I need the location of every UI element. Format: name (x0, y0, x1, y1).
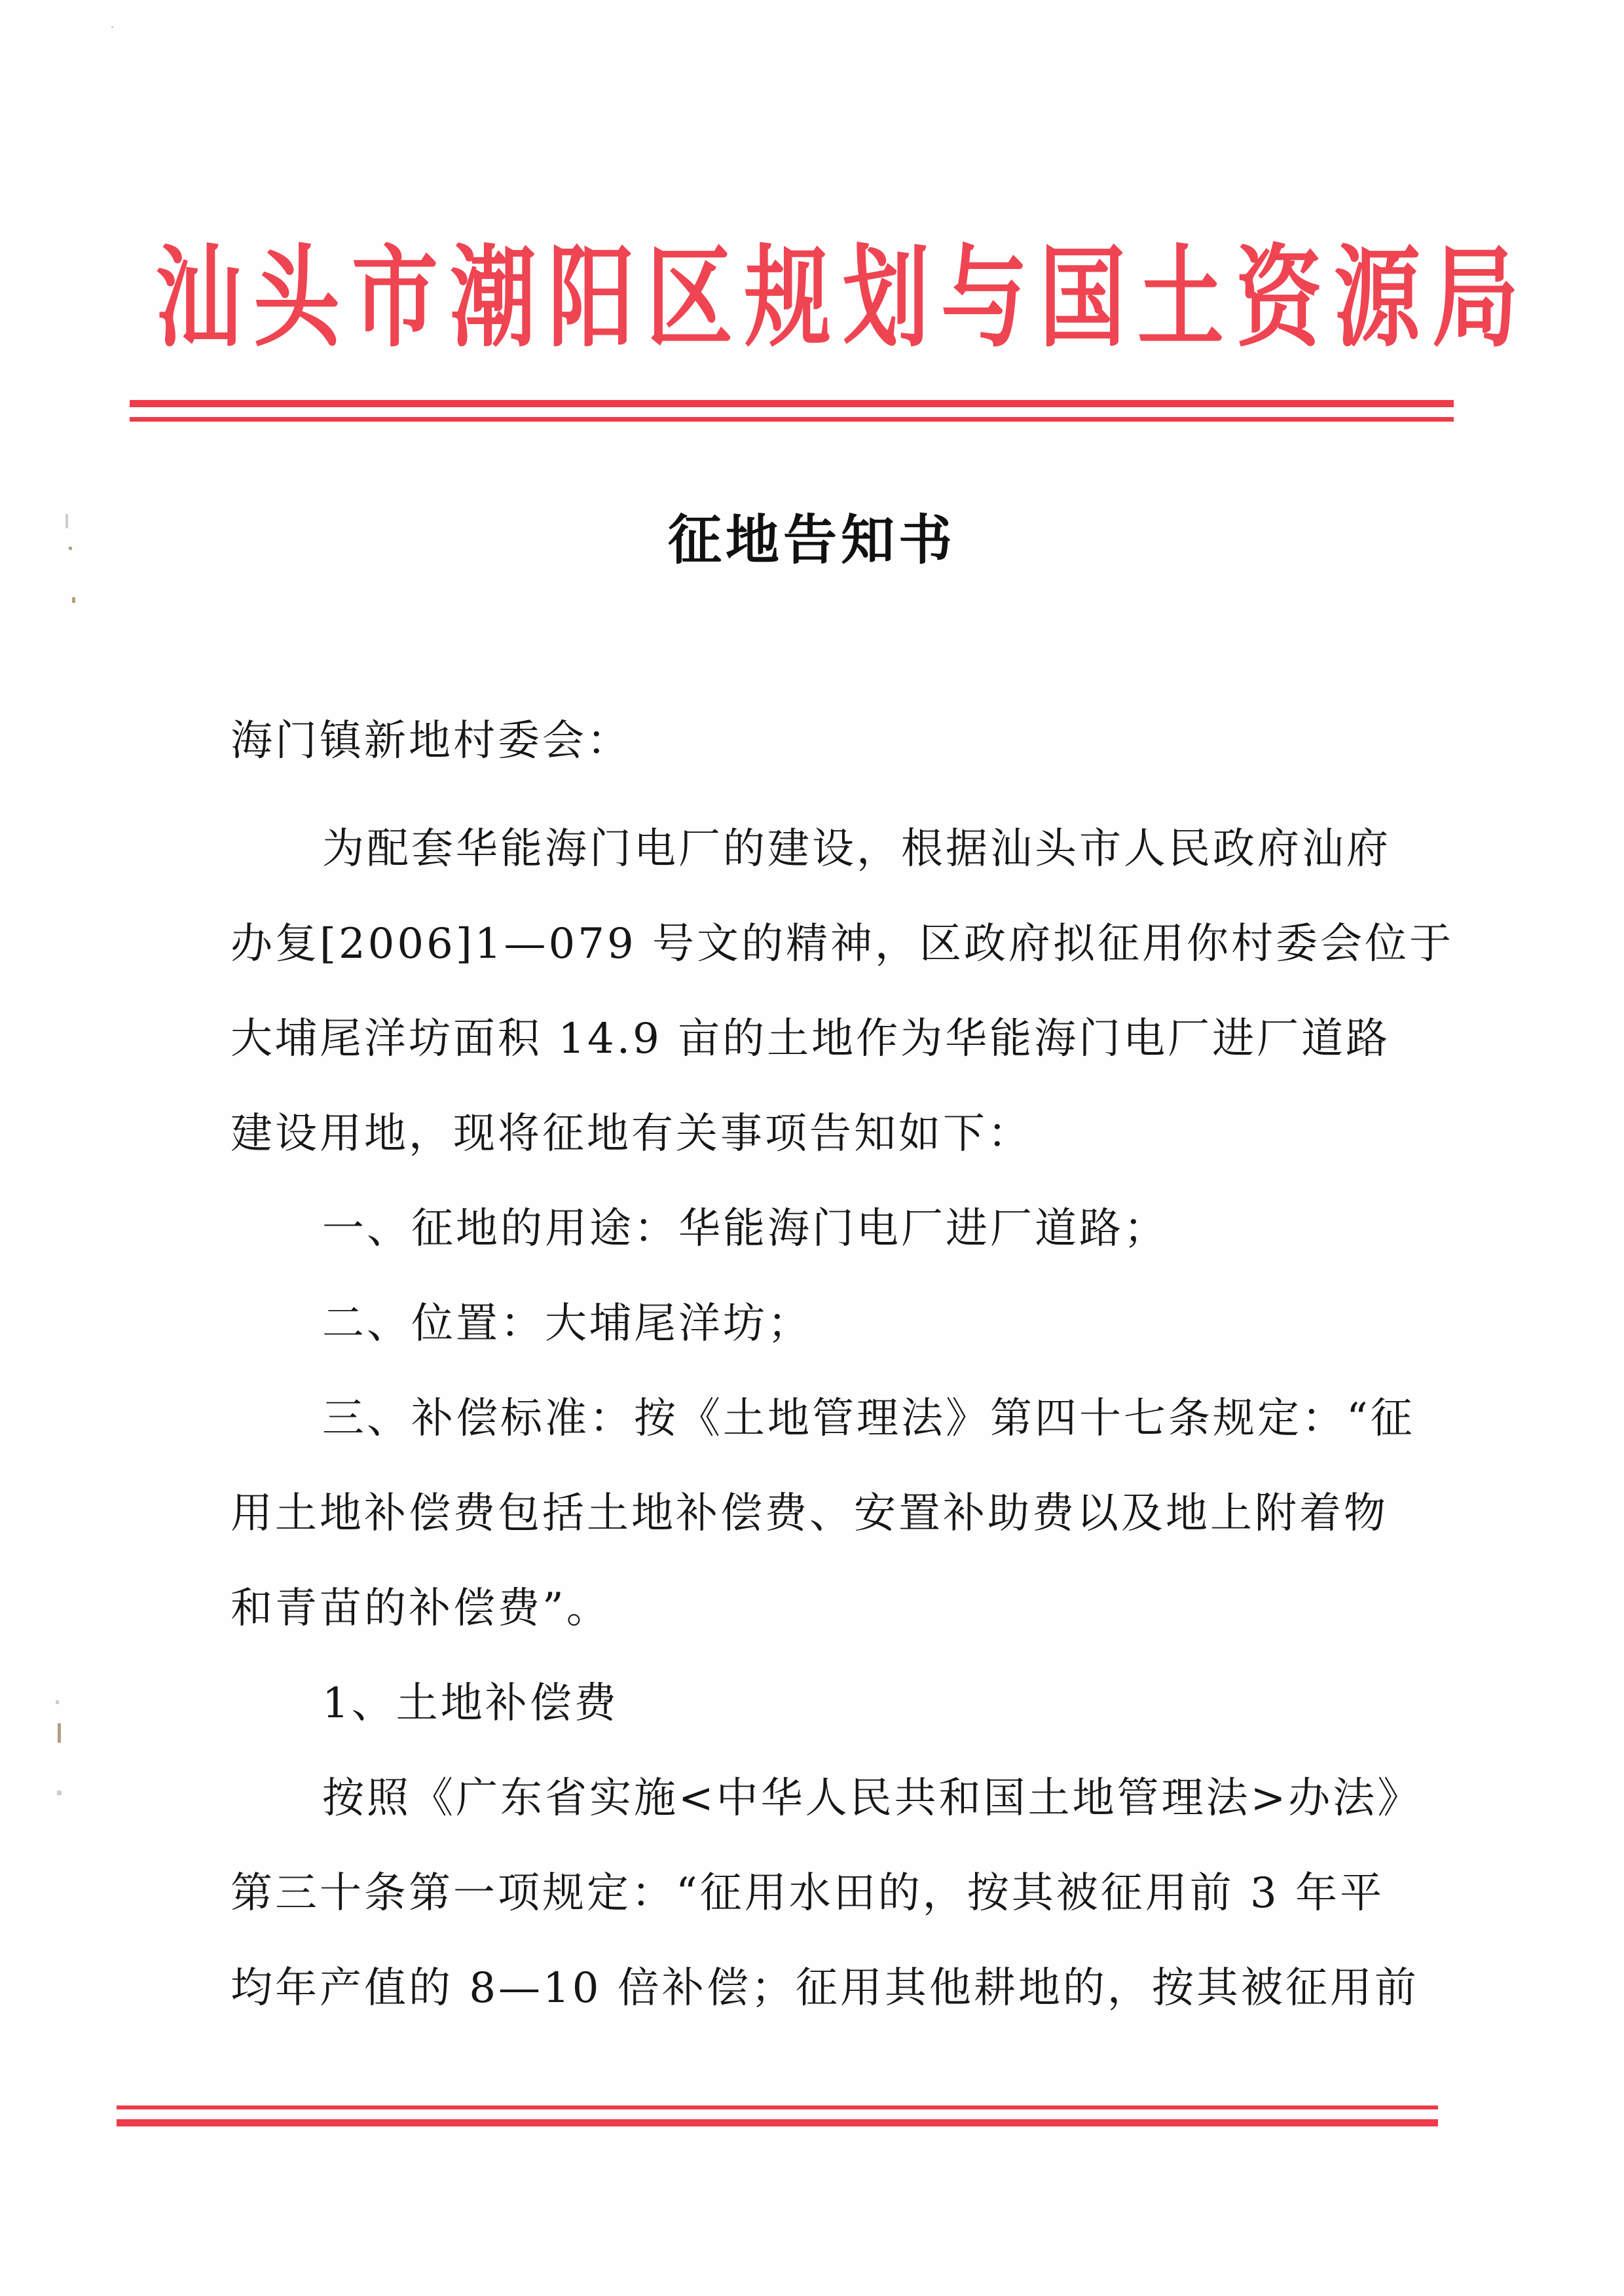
scan-artifact (56, 1700, 59, 1704)
list-item-location: 二、位置：大埔尾洋坊； (231, 1277, 1383, 1372)
scan-artifact (57, 1791, 62, 1795)
document-title: 征地告知书 (0, 498, 1624, 574)
salutation: 海门镇新地村委会： (231, 694, 1383, 789)
letterhead-char: 与 (941, 243, 1027, 353)
subsection-heading: 1、土地补偿费 (231, 1656, 1383, 1751)
letterhead-org-name: 汕 头 市 潮 阳 区 规 划 与 国 土 资 源 局 (149, 236, 1433, 360)
body-line: 均年产值的 8—10 倍补偿；征用其他耕地的，按其被征用前 (231, 1941, 1383, 2036)
document-page: 汕 头 市 潮 阳 区 规 划 与 国 土 资 源 局 征地告知书 海门镇新地村… (0, 0, 1624, 2296)
scan-artifact (72, 597, 75, 603)
body-line: 按照《广东省实施<中华人民共和国土地管理法>办法》 (231, 1751, 1383, 1846)
letterhead-char: 局 (1432, 243, 1519, 353)
header-divider-thin (130, 417, 1454, 422)
scan-artifact (111, 26, 113, 28)
footer-divider-thin (117, 2105, 1438, 2109)
letterhead-char: 源 (1334, 243, 1420, 353)
scan-artifact (69, 547, 72, 550)
letterhead-char: 划 (843, 243, 929, 353)
letterhead-char: 资 (1236, 243, 1322, 353)
body-line: 第三十条第一项规定：“征用水田的，按其被征用前 3 年平 (231, 1846, 1383, 1941)
letterhead-char: 潮 (450, 243, 536, 353)
letterhead-char: 国 (1039, 243, 1126, 353)
letterhead-char: 头 (253, 243, 340, 353)
scan-artifact (65, 514, 68, 528)
letterhead-char: 汕 (155, 243, 242, 353)
list-item-purpose: 一、征地的用途：华能海门电厂进厂道路； (231, 1182, 1383, 1277)
body-line: 用土地补偿费包括土地补偿费、安置补助费以及地上附着物 (231, 1467, 1383, 1561)
letterhead-char: 区 (646, 243, 733, 353)
letterhead-char: 市 (352, 243, 438, 353)
header-divider-thick (130, 400, 1454, 407)
letterhead-char: 阳 (548, 243, 635, 353)
body-line: 办复[2006]1—079 号文的精神，区政府拟征用你村委会位于 (231, 897, 1383, 992)
letterhead-char: 土 (1137, 243, 1224, 353)
scan-artifact (58, 1723, 61, 1743)
body-line: 大埔尾洋坊面积 14.9 亩的土地作为华能海门电厂进厂道路 (231, 992, 1383, 1087)
letterhead-char: 规 (745, 243, 831, 353)
footer-divider-thick (117, 2119, 1438, 2126)
body-line: 和青苗的补偿费”。 (231, 1561, 1383, 1656)
list-item-compensation: 三、补偿标准：按《土地管理法》第四十七条规定：“征 (231, 1372, 1383, 1467)
body-line: 为配套华能海门电厂的建设，根据汕头市人民政府汕府 (231, 802, 1383, 897)
document-body: 海门镇新地村委会： 为配套华能海门电厂的建设，根据汕头市人民政府汕府 办复[20… (231, 694, 1383, 2036)
body-line: 建设用地，现将征地有关事项告知如下： (231, 1087, 1383, 1182)
